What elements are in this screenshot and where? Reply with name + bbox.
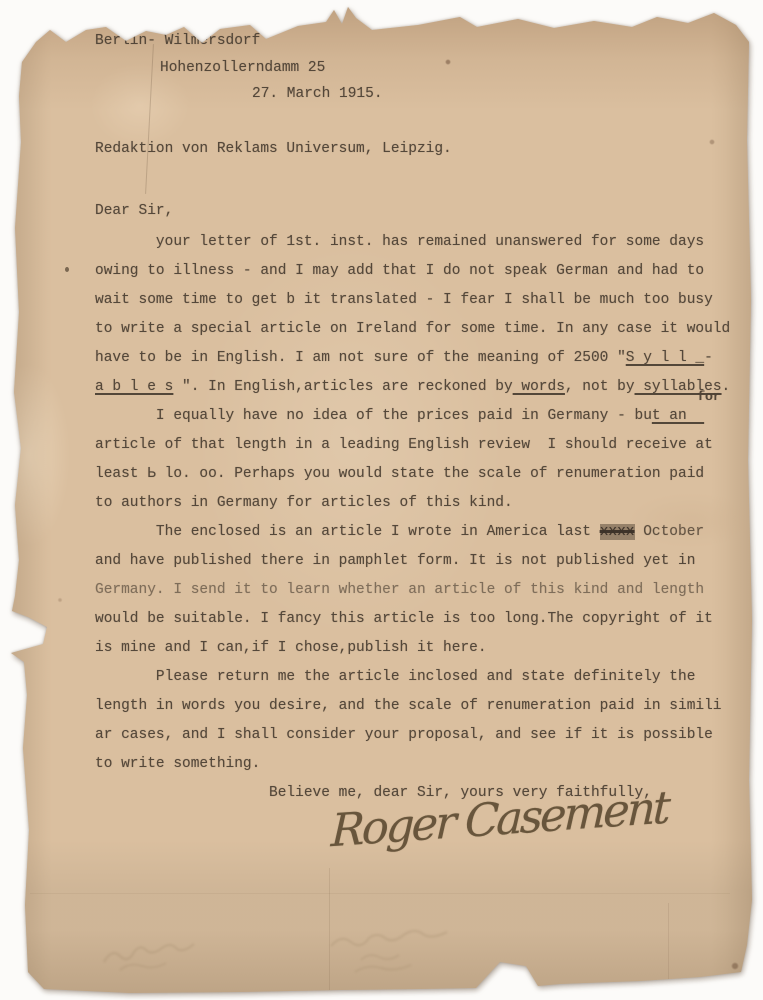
letter-line: have to be in English. I am not sure of …	[95, 344, 730, 373]
letter-line: owing to illness - and I may add that I …	[95, 257, 730, 286]
line-segment: length in words you desire, and the scal…	[95, 698, 722, 714]
line-segment: is mine and I can,if I chose,publish it …	[95, 640, 487, 656]
ink-dot	[65, 267, 69, 272]
line-segment: article of that length in a leading Engl…	[95, 437, 713, 453]
line-segment: words	[513, 379, 565, 395]
letter-line: The enclosed is an article I wrote in Am…	[95, 518, 730, 547]
letter-line: to write a special article on Ireland fo…	[95, 315, 730, 344]
line-segment: a b l e s	[95, 379, 173, 395]
line-segment: Germany. I send it to learn whether an a…	[95, 582, 704, 598]
line-segment: I equally have no idea of the prices pai…	[95, 408, 652, 424]
line-segment: ". In English,articles are reckoned by	[173, 379, 512, 395]
letter-line: would be suitable. I fancy this article …	[95, 605, 730, 634]
letter-body: your letter of 1st. inst. has remained u…	[95, 228, 730, 808]
letter-line: wait some time to get b it translated - …	[95, 286, 730, 315]
vertical-crease	[668, 903, 669, 989]
line-segment: least Ь lo. oo. Perhaps you would state …	[95, 466, 704, 482]
line-segment: to write something.	[95, 756, 260, 772]
letter-line: is mine and I can,if I chose,publish it …	[95, 634, 730, 663]
letter-line: Germany. I send it to learn whether an a…	[95, 576, 730, 605]
line-segment: would be suitable. I fancy this article …	[95, 611, 713, 627]
line-segment: ar cases, and I shall consider your prop…	[95, 727, 713, 743]
line-segment: and have published there in pamphlet for…	[95, 553, 695, 569]
line-segment: -	[704, 350, 713, 366]
line-segment: The enclosed is an article I wrote in Am…	[95, 524, 600, 540]
line-segment: October	[635, 524, 705, 540]
letter-line: to authors in Germany for articles of th…	[95, 489, 730, 518]
line-segment: Please return me the article inclosed an…	[95, 669, 695, 685]
sender-street-line: Hohenzollerndamm 25	[160, 60, 325, 76]
sender-city-line: Berlin- Wilmersdorf	[95, 33, 260, 49]
ink-show-through	[325, 928, 455, 978]
paper-shadow: Berlin- Wilmersdorf Hohenzollerndamm 25 …	[0, 0, 763, 1000]
line-segment: t an	[652, 408, 704, 424]
letter-line: ar cases, and I shall consider your prop…	[95, 721, 730, 750]
letter-line: your letter of 1st. inst. has remained u…	[95, 228, 730, 257]
letter-line: Please return me the article inclosed an…	[95, 663, 730, 692]
line-segment: wait some time to get b it translated - …	[95, 292, 713, 308]
line-segment: to authors in Germany for articles of th…	[95, 495, 513, 511]
letter-page: Berlin- Wilmersdorf Hohenzollerndamm 25 …	[0, 0, 763, 1000]
letter-line: least Ь lo. oo. Perhaps you would state …	[95, 460, 730, 489]
line-segment: to write a special article on Ireland fo…	[95, 321, 730, 337]
salutation: Dear Sir,	[95, 203, 173, 219]
line-segment: S y l l _	[626, 350, 704, 366]
recipient-line: Redaktion von Reklams Universum, Leipzig…	[95, 141, 452, 157]
letter-line: I equally have no idea of the prices pai…	[95, 402, 730, 431]
scan-background: Berlin- Wilmersdorf Hohenzollerndamm 25 …	[0, 0, 763, 1000]
horizontal-crease	[30, 893, 730, 894]
ink-show-through	[100, 932, 200, 974]
letter-line: length in words you desire, and the scal…	[95, 692, 730, 721]
letter-line: a b l e s ". In English,articles are rec…	[95, 373, 730, 402]
letter-line: article of that length in a leading Engl…	[95, 431, 730, 460]
letter-date: 27. March 1915.	[252, 86, 383, 102]
struck-out-word: xxxx	[600, 524, 635, 540]
letter-line: and have published there in pamphlet for…	[95, 547, 730, 576]
line-segment: syllables	[635, 379, 722, 395]
line-segment: your letter of 1st. inst. has remained u…	[95, 234, 704, 250]
line-segment: .	[722, 379, 731, 395]
scratch-mark	[145, 44, 154, 194]
line-segment: owing to illness - and I may add that I …	[95, 263, 704, 279]
line-segment: , not by	[565, 379, 635, 395]
letter-line: to write something.	[95, 750, 730, 779]
line-segment: have to be in English. I am not sure of …	[95, 350, 626, 366]
